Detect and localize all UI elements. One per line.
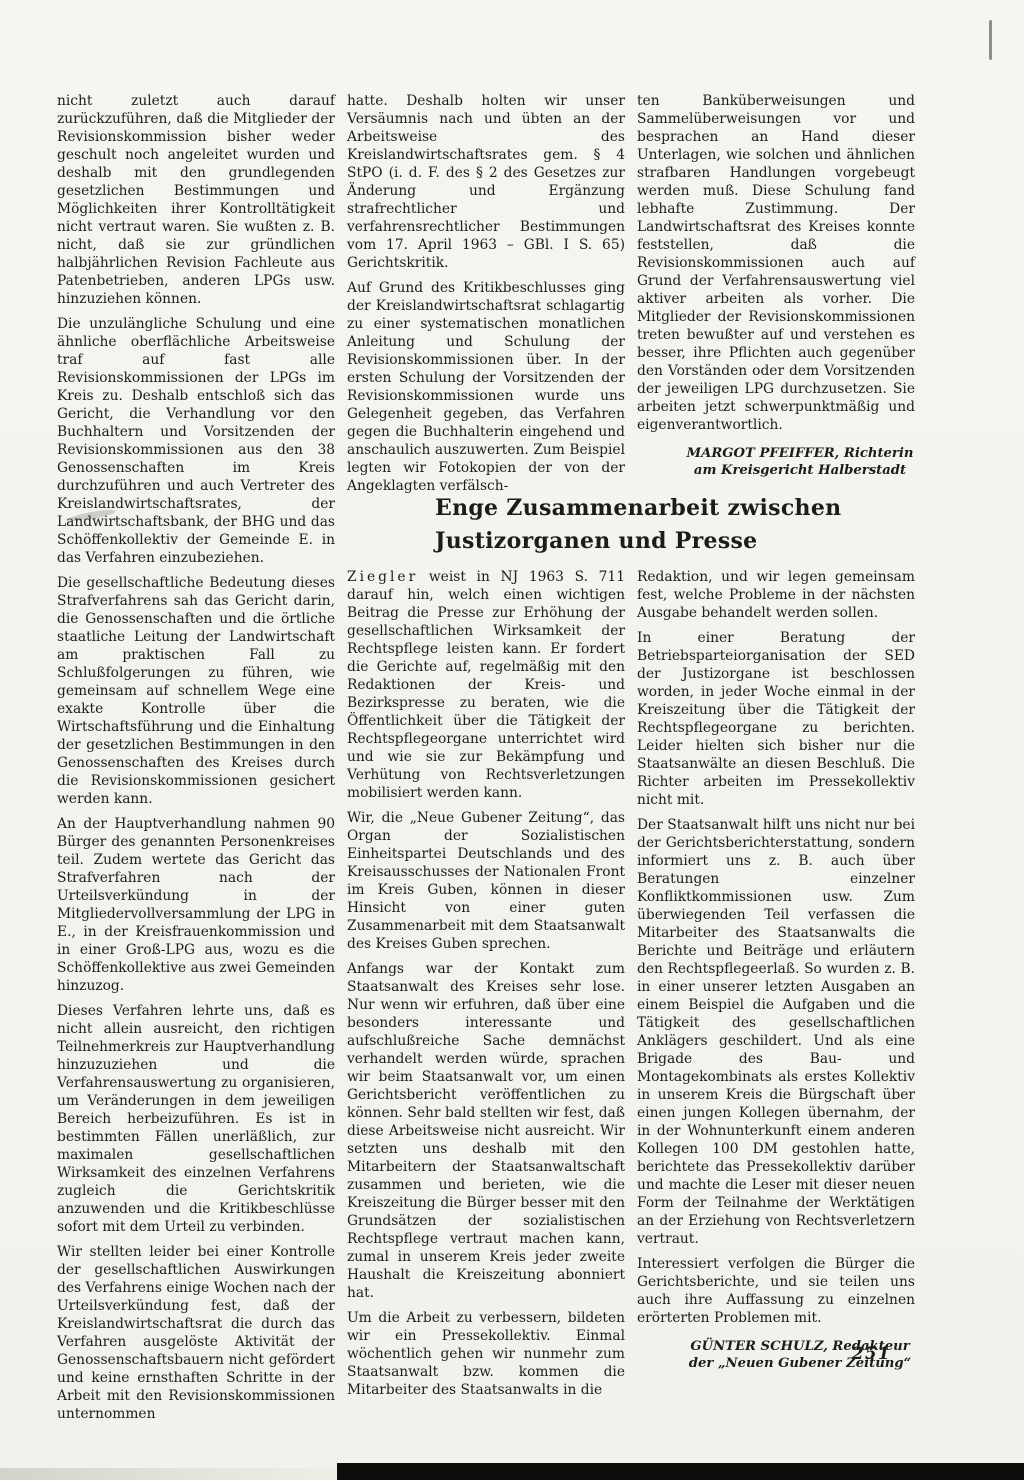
paragraph: Ziegler weist in NJ 1963 S. 711 darauf h… bbox=[347, 568, 625, 802]
article2-column-2: Ziegler weist in NJ 1963 S. 711 darauf h… bbox=[347, 568, 625, 1406]
article1-column-1: nicht zuletzt auch darauf zurückzuführen… bbox=[57, 92, 335, 1430]
article1-column-2: hatte. Deshalb holten wir unser Versäumn… bbox=[347, 92, 625, 502]
article1-column-3: ten Banküberweisungen und Sammelüberweis… bbox=[637, 92, 915, 479]
byline-role: am Kreisgericht Halberstadt bbox=[685, 463, 915, 480]
article2-title-line2: Justizorganen und Presse bbox=[435, 525, 955, 558]
article2-title: Enge Zusammenarbeit zwischen Justizorgan… bbox=[435, 492, 955, 558]
paragraph: Um die Arbeit zu verbessern, bildeten wi… bbox=[347, 1309, 625, 1399]
article2-column-3: Redaktion, und wir legen gemeinsam fest,… bbox=[637, 568, 915, 1372]
article2-title-line1: Enge Zusammenarbeit zwischen bbox=[435, 492, 955, 525]
journal-page: nicht zuletzt auch darauf zurückzuführen… bbox=[0, 0, 1024, 1480]
paragraph: ten Banküberweisungen und Sammelüberweis… bbox=[637, 92, 915, 434]
paragraph: hatte. Deshalb holten wir unser Versäumn… bbox=[347, 92, 625, 272]
paragraph: Redaktion, und wir legen gemeinsam fest,… bbox=[637, 568, 915, 622]
lead-author-name: Ziegler bbox=[347, 569, 418, 585]
scan-edge-light bbox=[0, 1468, 337, 1480]
article1-byline: MARGOT PFEIFFER, Richterin am Kreisgeric… bbox=[637, 446, 915, 479]
scan-edge-dark bbox=[337, 1463, 1024, 1480]
byline-author: MARGOT PFEIFFER, Richterin bbox=[685, 446, 915, 463]
paragraph: Interessiert verfolgen die Bürger die Ge… bbox=[637, 1255, 915, 1327]
paragraph: Auf Grund des Kritikbeschlusses ging der… bbox=[347, 279, 625, 495]
paragraph: In einer Beratung der Betriebsparteiorga… bbox=[637, 629, 915, 809]
paragraph: Dieses Verfahren lehrte uns, daß es nich… bbox=[57, 1002, 335, 1236]
paragraph: nicht zuletzt auch darauf zurückzuführen… bbox=[57, 92, 335, 308]
paragraph: Die gesellschaftliche Bedeutung dieses S… bbox=[57, 574, 335, 808]
paragraph: Der Staatsanwalt hilft uns nicht nur bei… bbox=[637, 816, 915, 1248]
paragraph: Anfangs war der Kontakt zum Staatsanwalt… bbox=[347, 960, 625, 1302]
paragraph: An der Hauptverhandlung nahmen 90 Bürger… bbox=[57, 815, 335, 995]
paragraph: Die unzulängliche Schulung und eine ähnl… bbox=[57, 315, 335, 567]
paragraph: Wir, die „Neue Gubener Zeitung“, das Org… bbox=[347, 809, 625, 953]
page-number: 251 bbox=[852, 1344, 891, 1363]
scan-corner-mark bbox=[989, 20, 992, 60]
paragraph-text: weist in NJ 1963 S. 711 darauf hin, welc… bbox=[347, 569, 625, 801]
paragraph: Wir stellten leider bei einer Kontrolle … bbox=[57, 1243, 335, 1423]
